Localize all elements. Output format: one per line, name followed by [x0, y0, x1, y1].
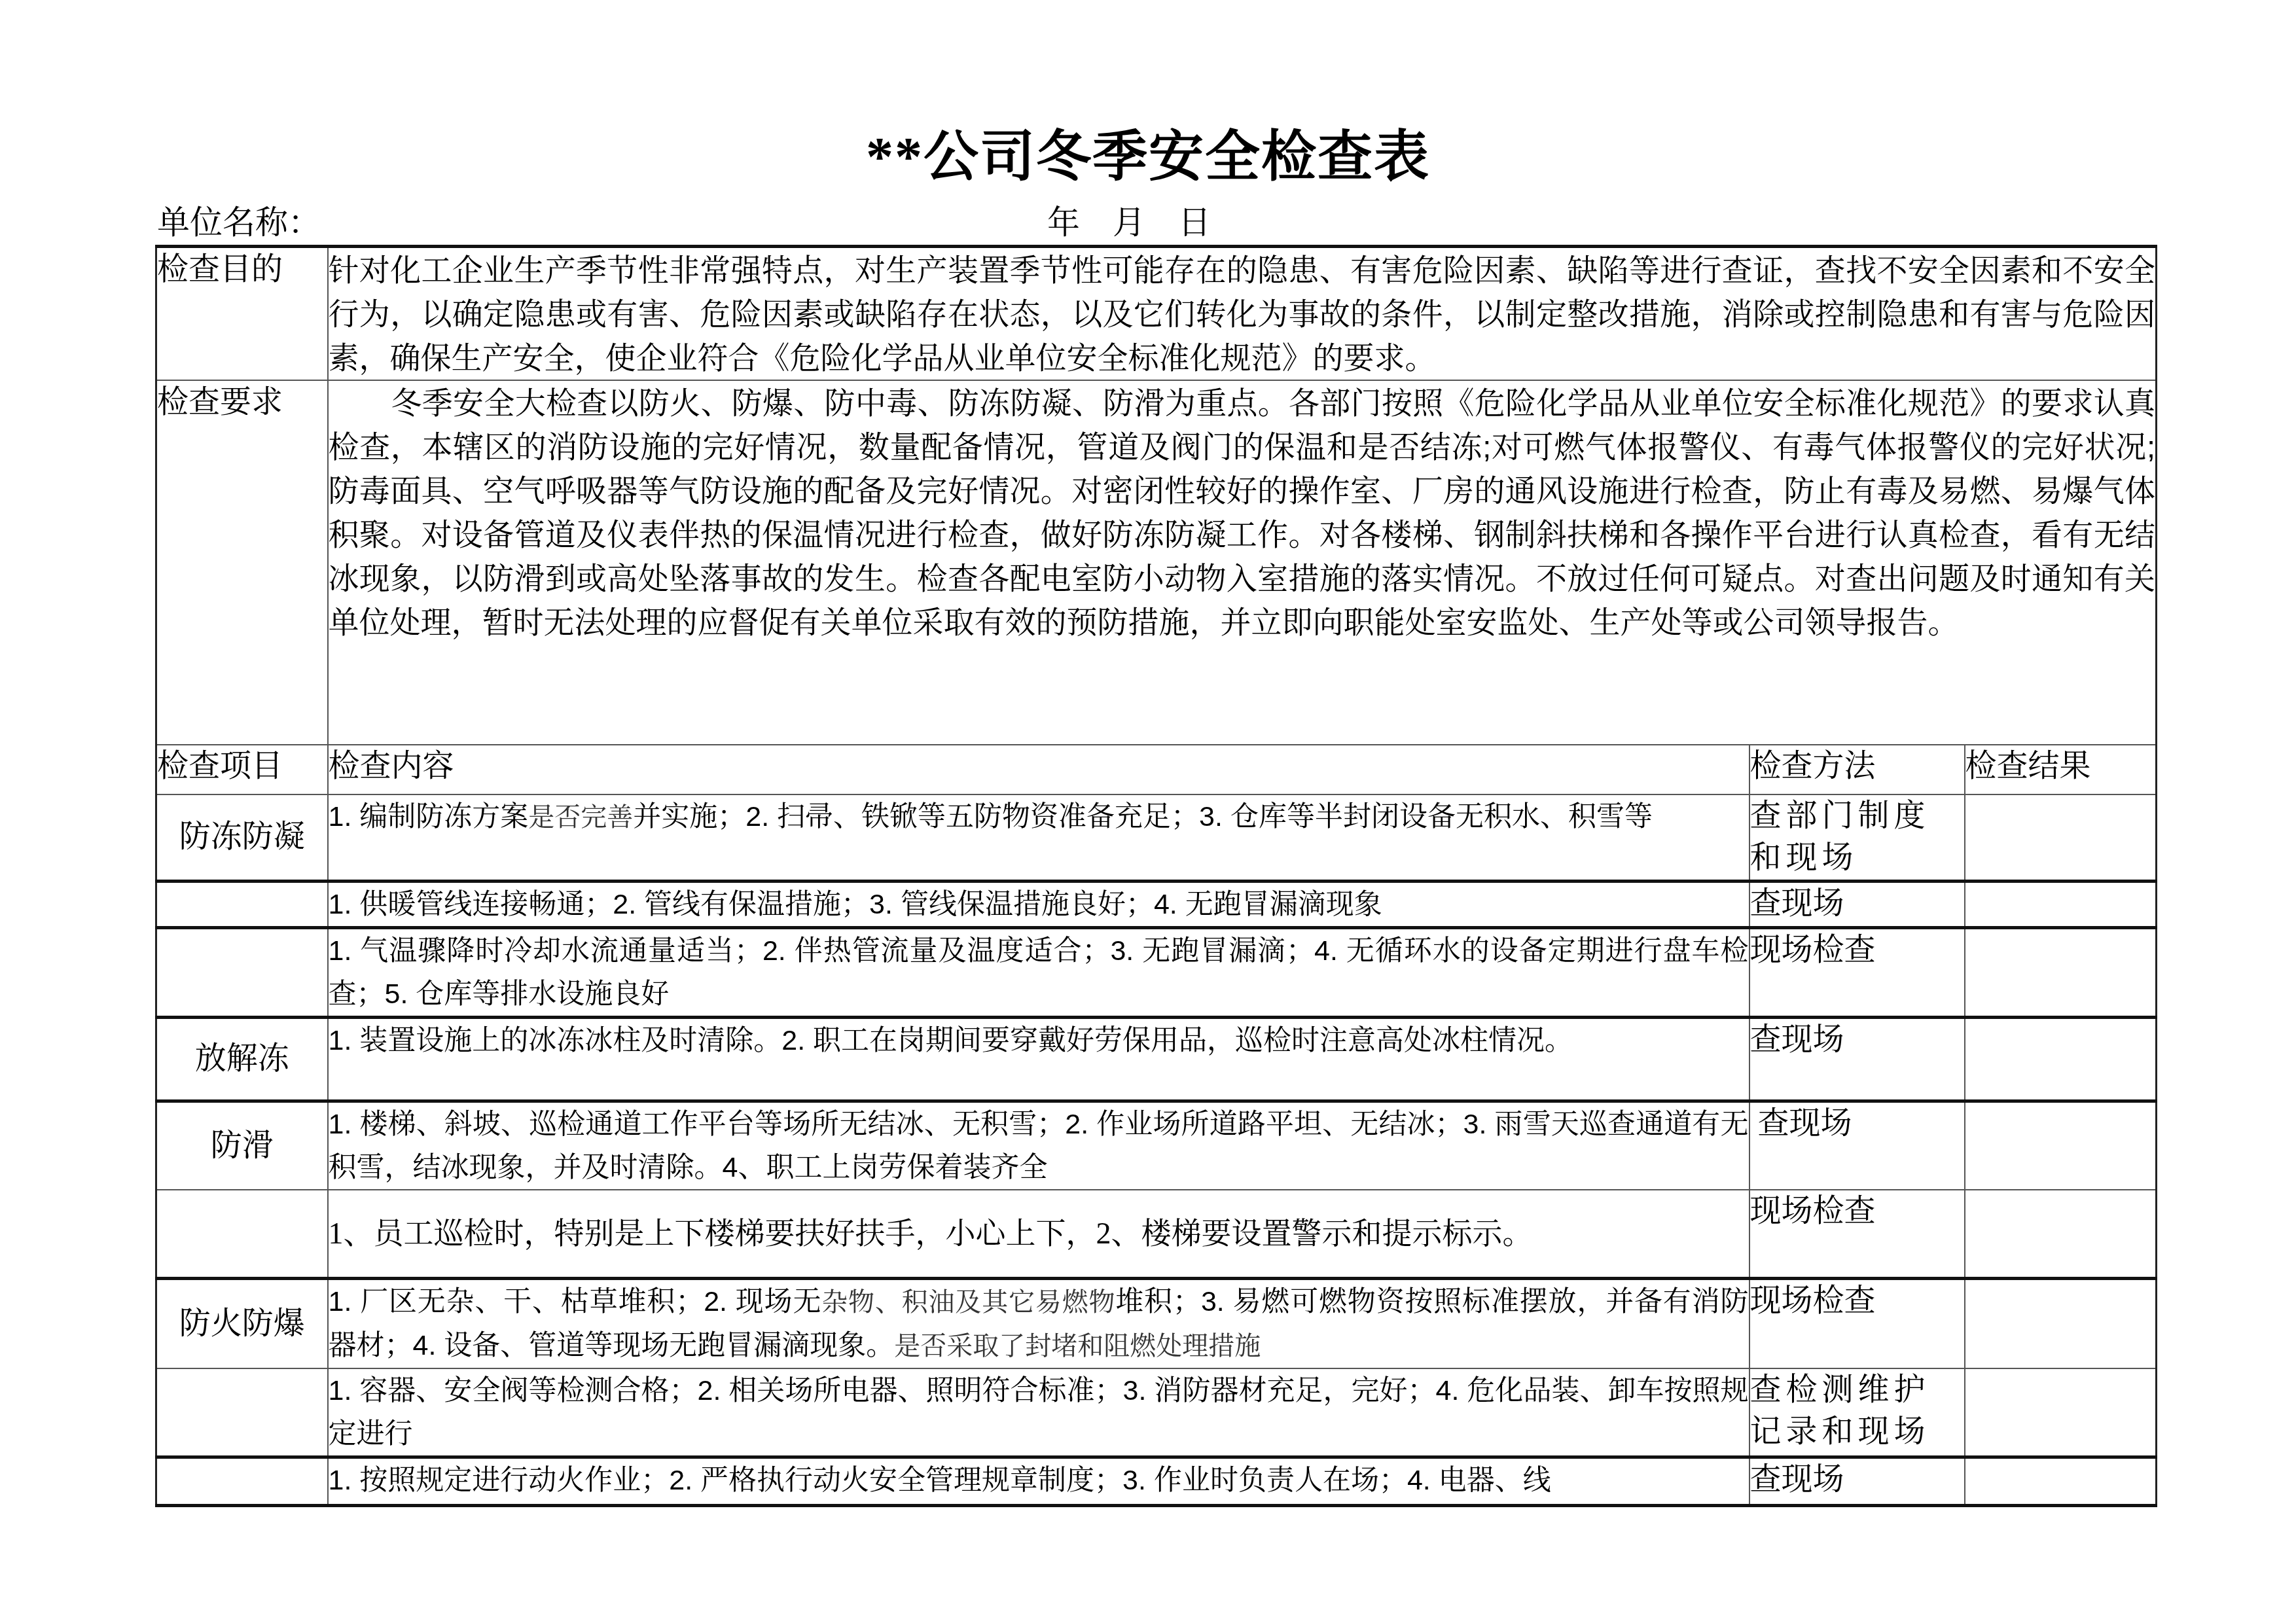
result-cell[interactable]: [1965, 927, 2157, 1017]
result-cell[interactable]: [1965, 1101, 2157, 1190]
header-method: 检查方法: [1749, 745, 1965, 794]
content-text: 1. 编制防冻方案: [329, 801, 529, 832]
content-text: 并实施；2. 扫帚、铁锨等五防物资准备充足；3. 仓库等半封闭设备无积水、积雪等: [633, 801, 1653, 832]
item-cell: [156, 1368, 328, 1457]
item-cell: [156, 1457, 328, 1506]
item-cell: 防滑: [156, 1101, 328, 1190]
header-item: 检查项目: [156, 745, 328, 794]
table-row: 放解冻 1. 装置设施上的冰冻冰柱及时清除。2. 职工在岗期间要穿戴好劳保用品，…: [156, 1017, 2157, 1101]
result-cell[interactable]: [1965, 1279, 2157, 1369]
method-cell: 现场检查: [1749, 1190, 1965, 1279]
item-cell: 防冻防凝: [156, 794, 328, 881]
unit-name-label: 单位名称：: [157, 204, 321, 241]
content-note: 是否完善: [528, 802, 633, 832]
item-cell: 放解冻: [156, 1017, 328, 1101]
method-cell: 现场检查: [1749, 1279, 1965, 1369]
header-result: 检查结果: [1965, 745, 2157, 794]
result-cell[interactable]: [1965, 1190, 2157, 1279]
header-content: 检查内容: [328, 745, 1749, 794]
method-cell: 查现场: [1749, 1017, 1965, 1101]
purpose-text: 针对化工企业生产季节性非常强特点，对生产装置季节性可能存在的隐患、有害危险因素、…: [328, 247, 2157, 381]
purpose-row: 检查目的 针对化工企业生产季节性非常强特点，对生产装置季节性可能存在的隐患、有害…: [156, 247, 2157, 381]
table-row: 1. 按照规定进行动火作业；2. 严格执行动火安全管理规章制度；3. 作业时负责…: [156, 1457, 2157, 1506]
date-label: 年 月 日: [1047, 204, 1211, 241]
table-row: 1. 供暖管线连接畅通；2. 管线有保温措施；3. 管线保温措施良好；4. 无跑…: [156, 881, 2157, 927]
item-cell: [156, 1190, 328, 1279]
item-cell: 防火防爆: [156, 1279, 328, 1369]
requirements-row: 检查要求 冬季安全大检查以防火、防爆、防中毒、防冻防凝、防滑为重点。各部门按照《…: [156, 380, 2157, 745]
result-cell[interactable]: [1965, 1457, 2157, 1506]
content-cell: 1. 楼梯、斜坡、巡检通道工作平台等场所无结冰、无积雪；2. 作业场所道路平坦、…: [328, 1101, 1749, 1190]
method-cell: 查现场: [1749, 1101, 1965, 1190]
content-cell: 1. 编制防冻方案是否完善并实施；2. 扫帚、铁锨等五防物资准备充足；3. 仓库…: [328, 794, 1749, 881]
item-cell: [156, 881, 328, 927]
content-cell: 1. 气温骤降时冷却水流通量适当；2. 伴热管流量及温度适合；3. 无跑冒漏滴；…: [328, 927, 1749, 1017]
table-header-row: 检查项目 检查内容 检查方法 检查结果: [156, 745, 2157, 794]
table-row: 1、员工巡检时，特别是上下楼梯要扶好扶手，小心上下，2、楼梯要设置警示和提示标示…: [156, 1190, 2157, 1279]
method-cell: 现场检查: [1749, 927, 1965, 1017]
content-note: 是否采取了封堵和阻燃处理措施: [894, 1331, 1261, 1361]
content-cell: 1. 容器、安全阀等检测合格；2. 相关场所电器、照明符合标准；3. 消防器材充…: [328, 1368, 1749, 1457]
content-text: 1. 厂区无杂、干、枯草堆积；2. 现场无: [329, 1286, 822, 1317]
table-row: 防冻防凝 1. 编制防冻方案是否完善并实施；2. 扫帚、铁锨等五防物资准备充足；…: [156, 794, 2157, 881]
inspection-table: 检查目的 针对化工企业生产季节性非常强特点，对生产装置季节性可能存在的隐患、有害…: [155, 245, 2157, 1507]
method-cell: 查现场: [1749, 1457, 1965, 1506]
result-cell[interactable]: [1965, 1017, 2157, 1101]
item-cell: [156, 927, 328, 1017]
result-cell[interactable]: [1965, 794, 2157, 881]
content-cell: 1. 按照规定进行动火作业；2. 严格执行动火安全管理规章制度；3. 作业时负责…: [328, 1457, 1749, 1506]
content-note: 杂物、积油及其它易燃物: [821, 1287, 1115, 1317]
result-cell[interactable]: [1965, 881, 2157, 927]
purpose-label: 检查目的: [156, 247, 328, 381]
method-cell: 查部门制度和现场: [1749, 794, 1965, 881]
table-row: 1. 气温骤降时冷却水流通量适当；2. 伴热管流量及温度适合；3. 无跑冒漏滴；…: [156, 927, 2157, 1017]
requirements-text: 冬季安全大检查以防火、防爆、防中毒、防冻防凝、防滑为重点。各部门按照《危险化学品…: [328, 380, 2157, 745]
content-cell: 1. 装置设施上的冰冻冰柱及时清除。2. 职工在岗期间要穿戴好劳保用品，巡检时注…: [328, 1017, 1749, 1101]
content-cell: 1. 供暖管线连接畅通；2. 管线有保温措施；3. 管线保温措施良好；4. 无跑…: [328, 881, 1749, 927]
result-cell[interactable]: [1965, 1368, 2157, 1457]
method-cell: 查检测维护记录和现场: [1749, 1368, 1965, 1457]
table-row: 防滑 1. 楼梯、斜坡、巡检通道工作平台等场所无结冰、无积雪；2. 作业场所道路…: [156, 1101, 2157, 1190]
document-title: **公司冬季安全检查表: [0, 128, 2296, 187]
requirements-label: 检查要求: [156, 380, 328, 745]
table-row: 防火防爆 1. 厂区无杂、干、枯草堆积；2. 现场无杂物、积油及其它易燃物堆积；…: [156, 1279, 2157, 1369]
method-cell: 查现场: [1749, 881, 1965, 927]
content-cell: 1. 厂区无杂、干、枯草堆积；2. 现场无杂物、积油及其它易燃物堆积；3. 易燃…: [328, 1279, 1749, 1369]
table-row: 1. 容器、安全阀等检测合格；2. 相关场所电器、照明符合标准；3. 消防器材充…: [156, 1368, 2157, 1457]
content-cell: 1、员工巡检时，特别是上下楼梯要扶好扶手，小心上下，2、楼梯要设置警示和提示标示…: [328, 1190, 1749, 1279]
